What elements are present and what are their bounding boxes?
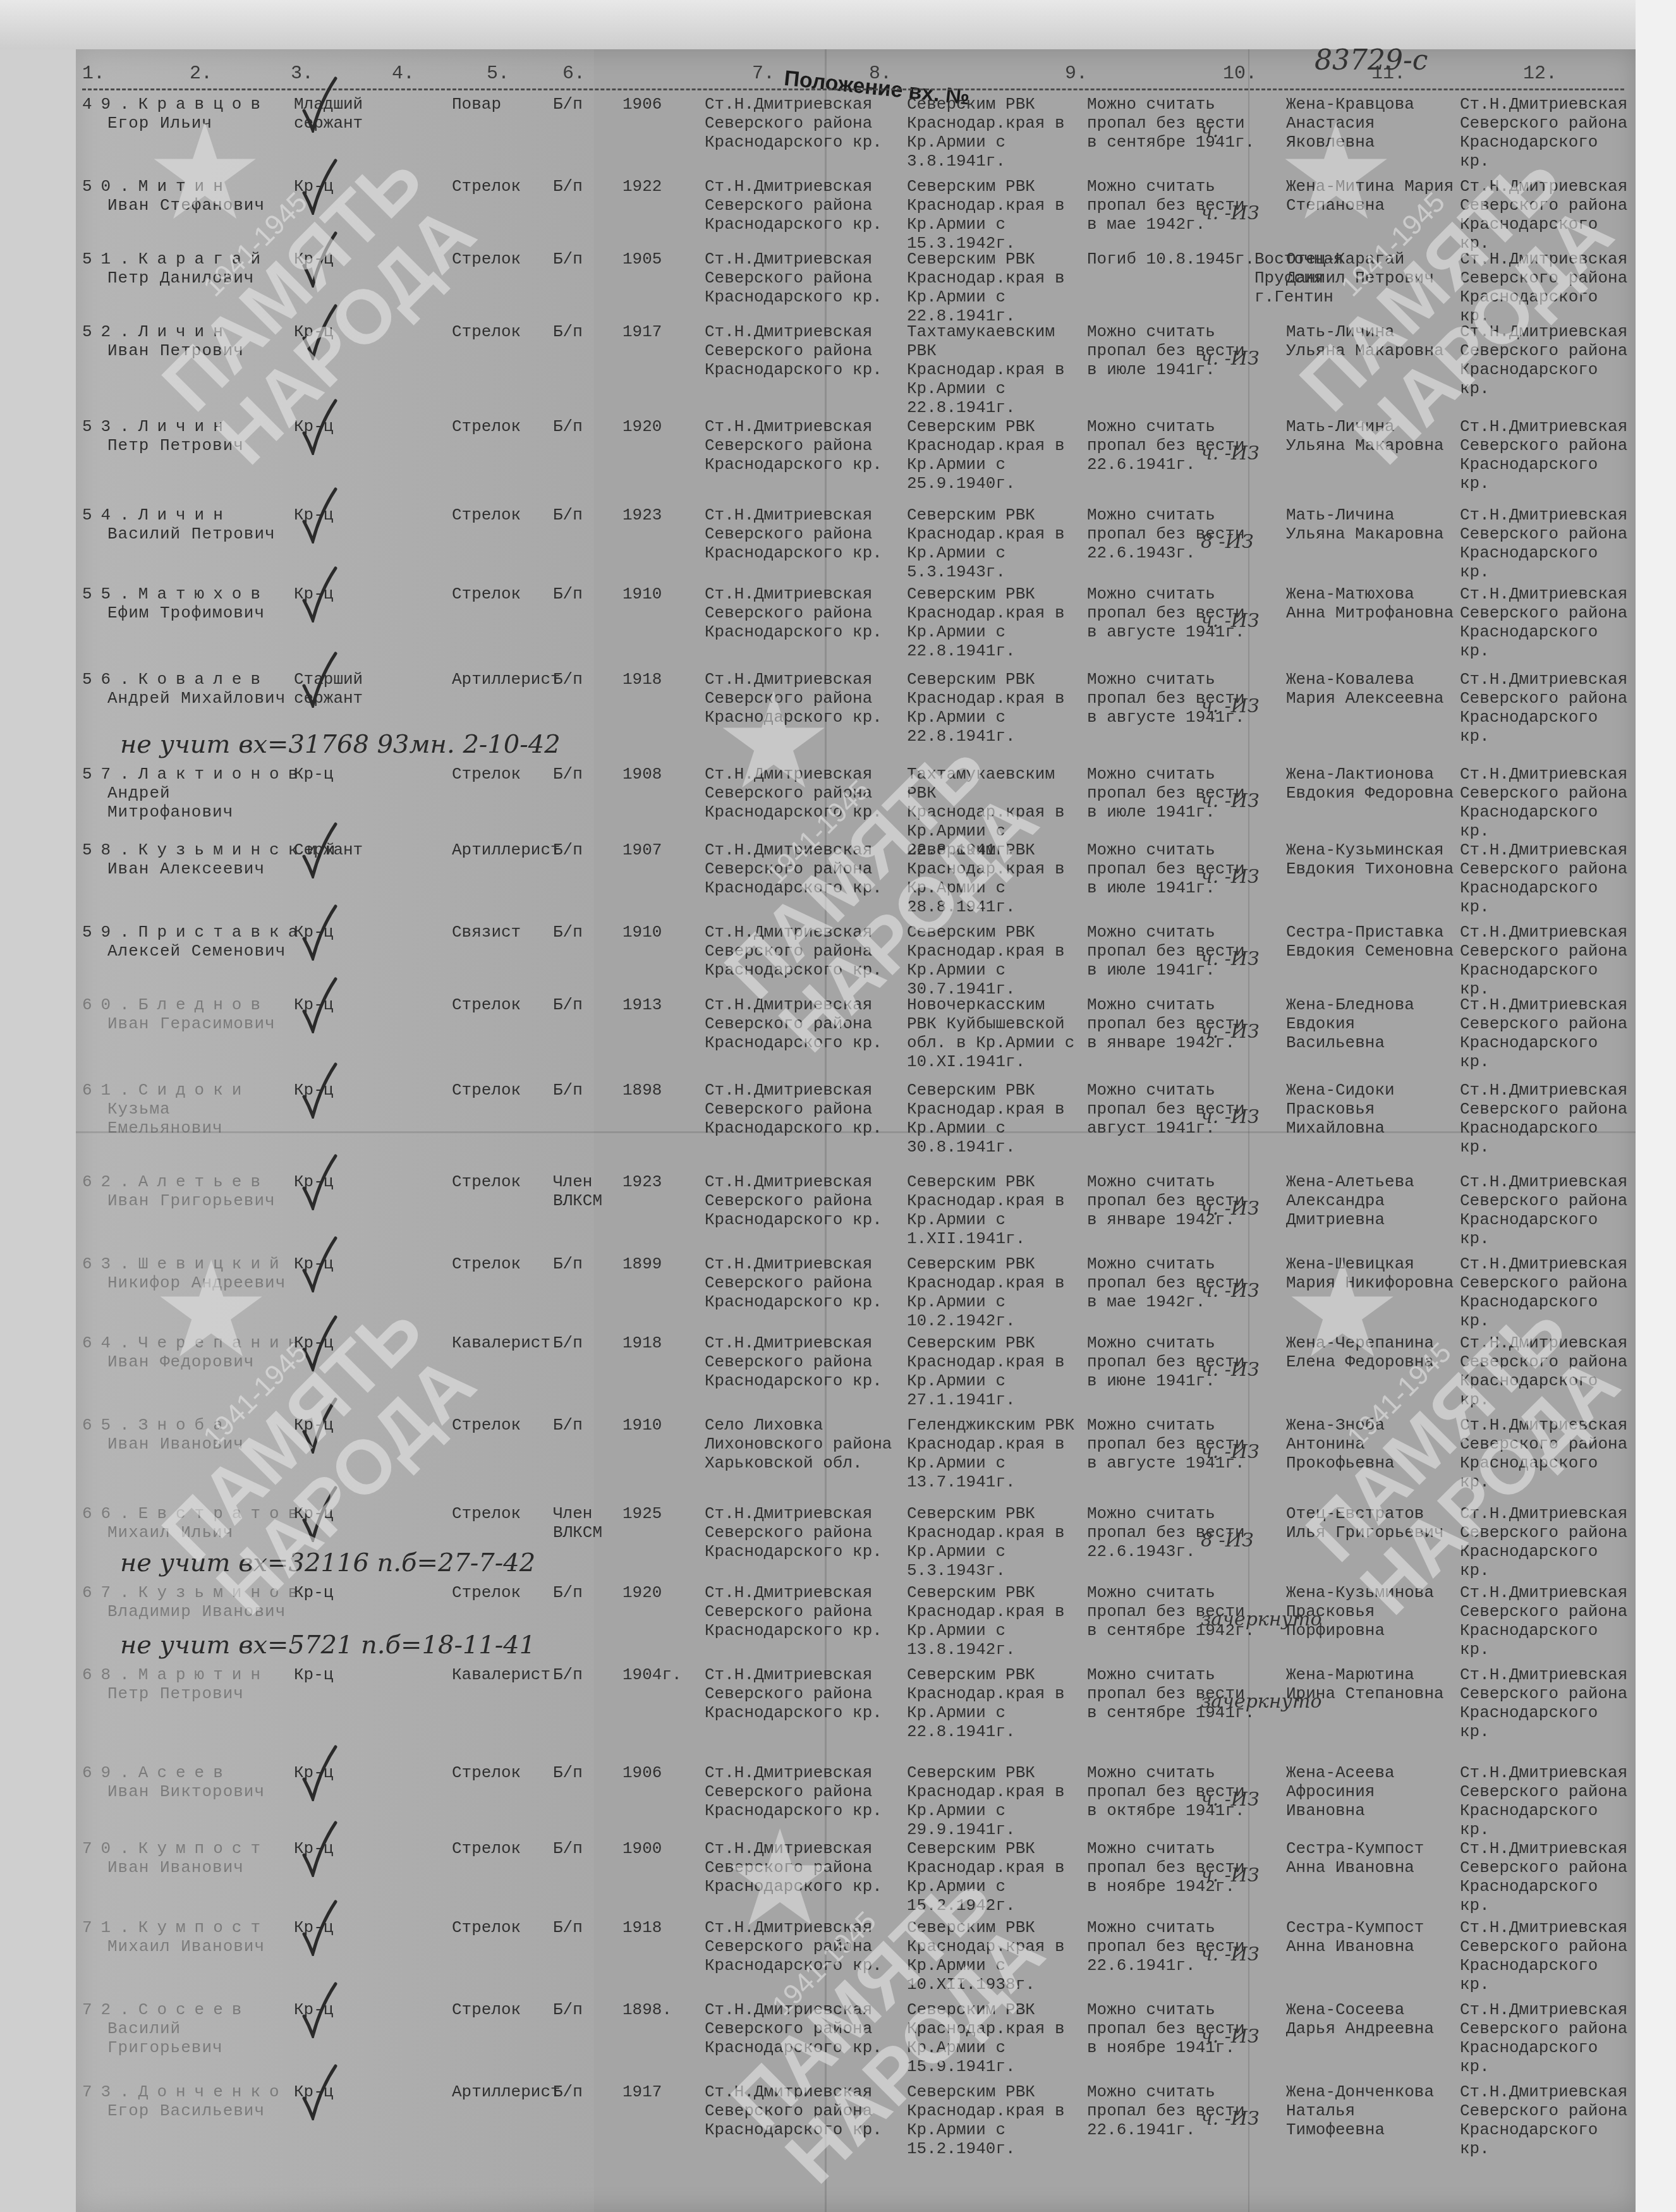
party-status: Б/п: [553, 2082, 622, 2101]
rank: Кр-ц: [294, 1583, 382, 1602]
handwritten-note: не учит вх=32116 п.б=27-7-42: [120, 1548, 535, 1577]
birthplace: Ст.Н.Дмитриевская Северского района Крас…: [705, 250, 894, 307]
birthplace: Ст.Н.Дмитриевская Северского района Крас…: [705, 1918, 894, 1975]
checkmark-icon: [300, 1981, 338, 2038]
birth-year: 1905: [622, 250, 698, 269]
party-status: Б/п: [553, 995, 622, 1014]
birthplace: Ст.Н.Дмитриевская Северского района Крас…: [705, 1665, 894, 1722]
draft-info: Северским РВК Краснодар.края в Кр.Армии …: [907, 1172, 1084, 1248]
verification-mark: ч. -ИЗ: [1201, 790, 1260, 812]
row-number: 67.: [82, 1583, 138, 1602]
draft-info: Северским РВК Краснодар.края в Кр.Армии …: [907, 2000, 1084, 2076]
birthplace: Ст.Н.Дмитриевская Северского района Крас…: [705, 417, 894, 474]
draft-info: Северским РВК Краснодар.края в Кр.Армии …: [907, 841, 1084, 916]
relative-address: Ст.Н.Дмитриевская Северского района Крас…: [1460, 1583, 1630, 1659]
verification-mark: ч. -ИЗ: [1201, 1198, 1260, 1220]
row-number: 52.: [82, 322, 138, 341]
checkmark-icon: [300, 303, 338, 360]
given-name: Петр Петрович: [82, 436, 291, 455]
row-number: 69.: [82, 1763, 138, 1782]
verification-mark: 8 -ИЗ: [1201, 1529, 1254, 1552]
relative: Жена-Матюхова Анна Митрофановна: [1286, 585, 1457, 623]
soldier-name: 58.КузьминскийИван Алексеевич: [82, 841, 291, 878]
row-number: 56.: [82, 670, 138, 689]
verification-mark: ч. -ИЗ: [1201, 1441, 1260, 1463]
draft-info: Северским РВК Краснодар.края в Кр.Армии …: [907, 1334, 1084, 1409]
position: Артиллерист: [452, 841, 547, 860]
relative-address: Ст.Н.Дмитриевская Северского района Крас…: [1460, 322, 1630, 398]
surname: Сосеев: [138, 2000, 251, 2019]
birth-year: 1923: [622, 506, 698, 525]
row-number: 63.: [82, 1255, 138, 1273]
checkmark-icon: [300, 1820, 338, 1877]
relative: Жена-Асеева Афросиния Ивановна: [1286, 1763, 1457, 1820]
surname: Ковалев: [138, 670, 269, 689]
surname: Матюхов: [138, 585, 269, 604]
relative-address: Ст.Н.Дмитриевская Северского района Крас…: [1460, 1255, 1630, 1330]
row-number: 68.: [82, 1665, 138, 1684]
checkmark-icon: [300, 976, 338, 1033]
relative: Жена-Бледнова Евдокия Васильевна: [1286, 995, 1457, 1052]
relative-address: Ст.Н.Дмитриевская Северского района Крас…: [1460, 250, 1630, 325]
given-name: Иван Петрович: [82, 341, 291, 360]
party-status: Б/п: [553, 250, 622, 269]
soldier-name: 64.ЧерепанинИван Федорович: [82, 1334, 291, 1371]
row-number: 53.: [82, 417, 138, 436]
verification-mark: ч. -ИЗ: [1201, 1359, 1260, 1381]
position: Стрелок: [452, 1918, 547, 1937]
birth-year: 1922: [622, 177, 698, 196]
draft-info: Новочеркасским РВК Куйбышевской обл. в К…: [907, 995, 1084, 1071]
relative: Сестра-Кумпост Анна Ивановна: [1286, 1839, 1457, 1877]
relative: Мать-Личина Ульяна Макаровна: [1286, 506, 1457, 544]
birth-year: 1917: [622, 2082, 698, 2101]
surname: Лактионов: [138, 765, 307, 784]
position: Артиллерист: [452, 670, 547, 689]
birthplace: Ст.Н.Дмитриевская Северского района Крас…: [705, 923, 894, 980]
party-status: Б/п: [553, 765, 622, 784]
birth-year: 1904г.: [622, 1665, 698, 1684]
party-status: Б/п: [553, 1081, 622, 1100]
handwritten-note: не учит вх=5721 п.б=18-11-41: [120, 1631, 535, 1660]
row-number: 64.: [82, 1334, 138, 1352]
draft-info: Северским РВК Краснодар.края в Кр.Армии …: [907, 670, 1084, 746]
party-status: Б/п: [553, 1839, 622, 1858]
position: Стрелок: [452, 1255, 547, 1273]
draft-info: Северским РВК Краснодар.края в Кр.Армии …: [907, 1255, 1084, 1330]
relative: Жена-Ковалева Мария Алексеевна: [1286, 670, 1457, 708]
party-status: Б/п: [553, 1416, 622, 1435]
checkmark-icon: [300, 1397, 338, 1454]
given-name: Иван Алексеевич: [82, 860, 291, 878]
soldier-name: 70.КумпостИван Иванович: [82, 1839, 291, 1877]
checkmark-icon: [300, 1062, 338, 1119]
birthplace: Ст.Н.Дмитриевская Северского района Крас…: [705, 995, 894, 1052]
relative-address: Ст.Н.Дмитриевская Северского района Крас…: [1460, 1172, 1630, 1248]
checkmark-icon: [300, 1315, 338, 1371]
position: Повар: [452, 95, 547, 114]
relative: Мать-Личина Ульяна Макаровна: [1286, 322, 1457, 360]
rank: Кр-ц: [294, 1665, 382, 1684]
given-name: Егор Ильич: [82, 114, 291, 133]
checkmark-icon: [300, 904, 338, 961]
birth-year: 1918: [622, 670, 698, 689]
checkmark-icon: [300, 1153, 338, 1210]
position: Стрелок: [452, 1763, 547, 1782]
birth-year: 1925: [622, 1504, 698, 1523]
relative-address: Ст.Н.Дмитриевская Северского района Крас…: [1460, 2082, 1630, 2158]
soldier-name: 67.КузьминовВладимир Иванович: [82, 1583, 291, 1621]
party-status: Член ВЛКСМ: [553, 1172, 622, 1210]
position: Связист: [452, 923, 547, 942]
soldier-name: 72.СосеевВасилий Григорьевич: [82, 2000, 291, 2057]
surname: Сидоки: [138, 1081, 251, 1100]
given-name: Василий Петрович: [82, 525, 291, 544]
given-name: Петр Петрович: [82, 1684, 291, 1703]
verification-mark: ч. -ИЗ: [1201, 348, 1260, 370]
soldier-name: 54.ЛичинВасилий Петрович: [82, 506, 291, 544]
birth-year: 1910: [622, 923, 698, 942]
party-status: Б/п: [553, 95, 622, 114]
party-status: Б/п: [553, 1918, 622, 1937]
surname: Приставка: [138, 923, 307, 942]
relative: Жена-Марютина Ирина Степановна: [1286, 1665, 1457, 1703]
soldier-name: 66.ЕвстратовМихаил Ильич: [82, 1504, 291, 1542]
birthplace: Ст.Н.Дмитриевская Северского района Крас…: [705, 1839, 894, 1896]
checkmark-icon: [300, 2063, 338, 2120]
birthplace: Ст.Н.Дмитриевская Северского района Крас…: [705, 1255, 894, 1311]
row-number: 72.: [82, 2000, 138, 2019]
given-name: Михаил Ильич: [82, 1523, 291, 1542]
surname: Личин: [138, 506, 232, 525]
draft-info: Геленджикским РВК Краснодар.края в Кр.Ар…: [907, 1416, 1084, 1492]
surname: Кравцов: [138, 95, 269, 114]
relative-address: Ст.Н.Дмитриевская Северского района Крас…: [1460, 1334, 1630, 1409]
relative-address: Ст.Н.Дмитриевская Северского района Крас…: [1460, 1839, 1630, 1915]
birthplace: Ст.Н.Дмитриевская Северского района Крас…: [705, 177, 894, 234]
verification-mark: ч. -ИЗ: [1201, 610, 1260, 632]
birth-year: 1910: [622, 1416, 698, 1435]
draft-info: Северским РВК Краснодар.края в Кр.Армии …: [907, 177, 1084, 253]
draft-info: Северским РВК Краснодар.края в Кр.Армии …: [907, 506, 1084, 581]
verification-mark: ч. -ИЗ: [1201, 2108, 1260, 2130]
scan-top-margin: [0, 0, 1676, 49]
draft-info: Северским РВК Краснодар.края в Кр.Армии …: [907, 417, 1084, 493]
given-name: Иван Иванович: [82, 1858, 291, 1877]
draft-info: Северским РВК Краснодар.края в Кр.Армии …: [907, 923, 1084, 999]
row-number: 70.: [82, 1839, 138, 1858]
soldier-name: 63.ШевицкийНикифор Андреевич: [82, 1255, 291, 1292]
column-header-12: 12.: [1523, 63, 1557, 85]
fate: Погиб 10.8.1945г.: [1087, 250, 1264, 269]
verification-mark: ч. -ИЗ: [1201, 1943, 1260, 1966]
column-header-6: 6.: [562, 63, 585, 85]
draft-info: Северским РВК Краснодар.края в Кр.Армии …: [907, 1583, 1084, 1659]
row-number: 71.: [82, 1918, 138, 1937]
column-header-10: 10.: [1223, 63, 1257, 85]
birthplace: Ст.Н.Дмитриевская Северского района Крас…: [705, 1504, 894, 1561]
draft-info: Тахтамукаевским РВК Краснодар.края в Кр.…: [907, 322, 1084, 417]
given-name: Егор Васильевич: [82, 2101, 291, 2120]
given-name: Владимир Иванович: [82, 1602, 291, 1621]
column-header-1: 1.: [82, 63, 105, 85]
surname: Марютин: [138, 1665, 269, 1684]
birthplace: Ст.Н.Дмитриевская Северского района Крас…: [705, 506, 894, 562]
party-status: Б/п: [553, 1583, 622, 1602]
birth-year: 1920: [622, 1583, 698, 1602]
birth-year: 1917: [622, 322, 698, 341]
position: Стрелок: [452, 1839, 547, 1858]
position: Стрелок: [452, 177, 547, 196]
birthplace: Ст.Н.Дмитриевская Северского района Крас…: [705, 765, 894, 822]
relative: Жена-Донченкова Наталья Тимофеевна: [1286, 2082, 1457, 2139]
given-name: Иван Федорович: [82, 1352, 291, 1371]
relative-address: Ст.Н.Дмитриевская Северского района Крас…: [1460, 1081, 1630, 1157]
soldier-name: 59.ПриставкаАлексей Семенович: [82, 923, 291, 961]
relative: Отец-Евстратов Илья Григорьевич: [1286, 1504, 1457, 1542]
row-number: 50.: [82, 177, 138, 196]
relative-address: Ст.Н.Дмитриевская Северского района Крас…: [1460, 1918, 1630, 1994]
soldier-name: 53.ЛичинПетр Петрович: [82, 417, 291, 455]
rank: Кр-ц: [294, 765, 382, 784]
position: Кавалерист: [452, 1665, 547, 1684]
row-number: 66.: [82, 1504, 138, 1523]
relative-address: Ст.Н.Дмитриевская Северского района Крас…: [1460, 765, 1630, 841]
surname: Кумпост: [138, 1918, 269, 1937]
birth-year: 1920: [622, 417, 698, 436]
column-header-8: 8.: [869, 63, 892, 85]
relative: Жена-Кузьминская Евдокия Тихоновна: [1286, 841, 1457, 878]
given-name: Кузьма Емельянович: [82, 1100, 291, 1138]
party-status: Б/п: [553, 585, 622, 604]
birthplace: Ст.Н.Дмитриевская Северского района Крас…: [705, 670, 894, 727]
checkmark-icon: [300, 566, 338, 623]
draft-info: Северским РВК Краснодар.края в Кр.Армии …: [907, 95, 1084, 171]
party-status: Член ВЛКСМ: [553, 1504, 622, 1542]
birth-year: 1899: [622, 1255, 698, 1273]
draft-info: Северским РВК Краснодар.края в Кр.Армии …: [907, 585, 1084, 660]
given-name: Василий Григорьевич: [82, 2019, 291, 2057]
draft-info: Северским РВК Краснодар.края в Кр.Армии …: [907, 1839, 1084, 1915]
row-number: 57.: [82, 765, 138, 784]
column-header-7: 7.: [752, 63, 775, 85]
party-status: Б/п: [553, 670, 622, 689]
verification-mark: ч. -ИЗ: [1201, 695, 1260, 717]
relative: Жена-Зноба Антонина Прокофьевна: [1286, 1416, 1457, 1473]
relative: Жена-Черепанина Елена Федоровна: [1286, 1334, 1457, 1371]
relative: Жена-Кузьминова Прасковья Порфировна: [1286, 1583, 1457, 1640]
soldier-name: 60.БледновИван Герасимович: [82, 995, 291, 1033]
relative-address: Ст.Н.Дмитриевская Северского района Крас…: [1460, 506, 1630, 581]
verification-mark: 8 -ИЗ: [1201, 531, 1254, 553]
column-header-2: 2.: [190, 63, 212, 85]
party-status: Б/п: [553, 1763, 622, 1782]
birthplace: Ст.Н.Дмитриевская Северского района Крас…: [705, 585, 894, 641]
row-number: 73.: [82, 2082, 138, 2101]
birth-year: 1918: [622, 1334, 698, 1352]
soldier-name: 49.КравцовЕгор Ильич: [82, 95, 291, 133]
checkmark-icon: [300, 1236, 338, 1292]
birthplace: Ст.Н.Дмитриевская Северского района Крас…: [705, 841, 894, 897]
surname: Митин: [138, 177, 232, 196]
column-header-11: 11.: [1371, 63, 1406, 85]
position: Стрелок: [452, 1583, 547, 1602]
surname: Бледнов: [138, 995, 269, 1014]
surname: Личин: [138, 322, 232, 341]
checkmark-icon: [300, 651, 338, 708]
party-status: Б/п: [553, 2000, 622, 2019]
birth-year: 1906: [622, 95, 698, 114]
checkmark-icon: [300, 822, 338, 878]
row-number: 54.: [82, 506, 138, 525]
verification-mark: ч. -ИЗ: [1201, 202, 1260, 224]
surname: Евстратов: [138, 1504, 307, 1523]
birth-year: 1907: [622, 841, 698, 860]
birth-year: 1898.: [622, 2000, 698, 2019]
relative: Жена-Сосеева Дарья Андреевна: [1286, 2000, 1457, 2038]
surname: Шевицкий: [138, 1255, 288, 1273]
surname: Асеев: [138, 1763, 232, 1782]
position: Стрелок: [452, 417, 547, 436]
surname: Зноба: [138, 1416, 232, 1435]
soldier-name: 51.КарагайПетр Данилович: [82, 250, 291, 288]
relative-address: Ст.Н.Дмитриевская Северского района Крас…: [1460, 585, 1630, 660]
soldier-name: 68.МарютинПетр Петрович: [82, 1665, 291, 1703]
row-number: 58.: [82, 841, 138, 860]
verification-mark: ч. -ИЗ: [1201, 1021, 1260, 1043]
given-name: Иван Стефанович: [82, 196, 291, 215]
birth-year: 1908: [622, 765, 698, 784]
draft-info: Северским РВК Краснодар.края в Кр.Армии …: [907, 1081, 1084, 1157]
birthplace: Ст.Н.Дмитриевская Северского района Крас…: [705, 1172, 894, 1229]
birthplace: Ст.Н.Дмитриевская Северского района Крас…: [705, 1583, 894, 1640]
relative-address: Ст.Н.Дмитриевская Северского района Крас…: [1460, 670, 1630, 746]
given-name: Иван Иванович: [82, 1435, 291, 1454]
checkmark-icon: [300, 1899, 338, 1956]
checkmark-icon: [300, 158, 338, 215]
verification-mark: ч. -ИЗ: [1201, 1106, 1260, 1128]
surname: Донченко: [138, 2082, 288, 2101]
soldier-name: 55.МатюховЕфим Трофимович: [82, 585, 291, 623]
relative: Жена-Шевицкая Мария Никифоровна: [1286, 1255, 1457, 1292]
birthplace: Ст.Н.Дмитриевская Северского района Крас…: [705, 2000, 894, 2057]
relative-address: Ст.Н.Дмитриевская Северского района Крас…: [1460, 417, 1630, 493]
given-name: Иван Викторович: [82, 1782, 291, 1801]
relative-address: Ст.Н.Дмитриевская Северского района Крас…: [1460, 1665, 1630, 1741]
relative-address: Ст.Н.Дмитриевская Северского района Крас…: [1460, 1416, 1630, 1492]
relative-address: Ст.Н.Дмитриевская Северского района Крас…: [1460, 1504, 1630, 1580]
given-name: Михаил Иванович: [82, 1937, 291, 1956]
party-status: Б/п: [553, 841, 622, 860]
verification-mark: ч. -ИЗ: [1201, 1864, 1260, 1887]
row-number: 60.: [82, 995, 138, 1014]
checkmark-icon: [300, 398, 338, 455]
soldier-name: 73.ДонченкоЕгор Васильевич: [82, 2082, 291, 2120]
position: Стрелок: [452, 250, 547, 269]
party-status: Б/п: [553, 1255, 622, 1273]
birth-year: 1910: [622, 585, 698, 604]
position: Артиллерист: [452, 2082, 547, 2101]
birthplace: Ст.Н.Дмитриевская Северского района Крас…: [705, 1763, 894, 1820]
birth-year: 1906: [622, 1763, 698, 1782]
soldier-name: 69.АсеевИван Викторович: [82, 1763, 291, 1801]
soldier-name: 65.ЗнобаИван Иванович: [82, 1416, 291, 1454]
handwritten-note: не учит вх=31768 93мн. 2-10-42: [120, 730, 561, 759]
relative: Жена-Кравцова Анастасия Яковлевна: [1286, 95, 1457, 152]
relative-address: Ст.Н.Дмитриевская Северского района Крас…: [1460, 923, 1630, 999]
relative-address: Ст.Н.Дмитриевская Северского района Крас…: [1460, 1763, 1630, 1839]
relative-address: Ст.Н.Дмитриевская Северского района Крас…: [1460, 995, 1630, 1071]
given-name: Андрей Митрофанович: [82, 784, 291, 822]
party-status: Б/п: [553, 417, 622, 436]
relative: Сестра-Приставка Евдокия Семеновна: [1286, 923, 1457, 961]
party-status: Б/п: [553, 1334, 622, 1352]
position: Стрелок: [452, 585, 547, 604]
position: Кавалерист: [452, 1334, 547, 1352]
checkmark-icon: [300, 1485, 338, 1542]
row-number: 55.: [82, 585, 138, 604]
verification-mark: ч. -ИЗ: [1201, 1789, 1260, 1811]
verification-mark: ч.: [1201, 120, 1218, 142]
draft-info: Северским РВК Краснодар.края в Кр.Армии …: [907, 2082, 1084, 2158]
draft-info: Северским РВК Краснодар.края в Кр.Армии …: [907, 1504, 1084, 1580]
birthplace: Ст.Н.Дмитриевская Северского района Крас…: [705, 2082, 894, 2139]
position: Стрелок: [452, 1172, 547, 1191]
relative: Жена-Лактионова Евдокия Федоровна: [1286, 765, 1457, 803]
verification-mark: ч. -ИЗ: [1201, 442, 1260, 465]
surname: Карагай: [138, 250, 269, 269]
relative: Жена-Митина Мария Степановна: [1286, 177, 1457, 215]
row-number: 62.: [82, 1172, 138, 1191]
birthplace: Село Лиховка Лихоновского района Харьков…: [705, 1416, 894, 1473]
checkmark-icon: [300, 1744, 338, 1801]
relative-address: Ст.Н.Дмитриевская Северского района Крас…: [1460, 2000, 1630, 2076]
draft-info: Северским РВК Краснодар.края в Кр.Армии …: [907, 250, 1084, 325]
party-status: Б/п: [553, 923, 622, 942]
relative: Сестра-Кумпост Анна Ивановна: [1286, 1918, 1457, 1956]
given-name: Алексей Семенович: [82, 942, 291, 961]
soldier-name: 62.АлетьевИван Григорьевич: [82, 1172, 291, 1210]
birthplace: Ст.Н.Дмитриевская Северского района Крас…: [705, 1081, 894, 1138]
position: Стрелок: [452, 2000, 547, 2019]
surname: Личин: [138, 417, 232, 436]
position: Стрелок: [452, 1416, 547, 1435]
relative: Мать-Личина Ульяна Макаровна: [1286, 417, 1457, 455]
given-name: Иван Герасимович: [82, 1014, 291, 1033]
scan-right-margin: [1636, 0, 1676, 2212]
birthplace: Ст.Н.Дмитриевская Северского района Крас…: [705, 322, 894, 379]
birth-year: 1913: [622, 995, 698, 1014]
verification-mark: ч. -ИЗ: [1201, 2026, 1260, 2048]
soldier-name: 52.ЛичинИван Петрович: [82, 322, 291, 360]
column-header-4: 4.: [392, 63, 415, 85]
verification-mark: ч. -ИЗ: [1201, 866, 1260, 888]
draft-info: Северским РВК Краснодар.края в Кр.Армии …: [907, 1918, 1084, 1994]
surname: Черепанин: [138, 1334, 307, 1352]
given-name: Андрей Михайлович: [82, 689, 291, 708]
relative-address: Ст.Н.Дмитриевская Северского района Крас…: [1460, 841, 1630, 916]
relative: Жена-Сидоки Прасковья Михайловна: [1286, 1081, 1457, 1138]
verification-mark: ч. -ИЗ: [1201, 948, 1260, 970]
checkmark-icon: [300, 231, 338, 288]
draft-info: Северским РВК Краснодар.края в Кр.Армии …: [907, 1763, 1084, 1839]
draft-info: Северским РВК Краснодар.края в Кр.Армии …: [907, 1665, 1084, 1741]
position: Стрелок: [452, 322, 547, 341]
soldier-name: 61.СидокиКузьма Емельянович: [82, 1081, 291, 1138]
party-status: Б/п: [553, 322, 622, 341]
position: Стрелок: [452, 995, 547, 1014]
surname: Кузьминов: [138, 1583, 307, 1602]
